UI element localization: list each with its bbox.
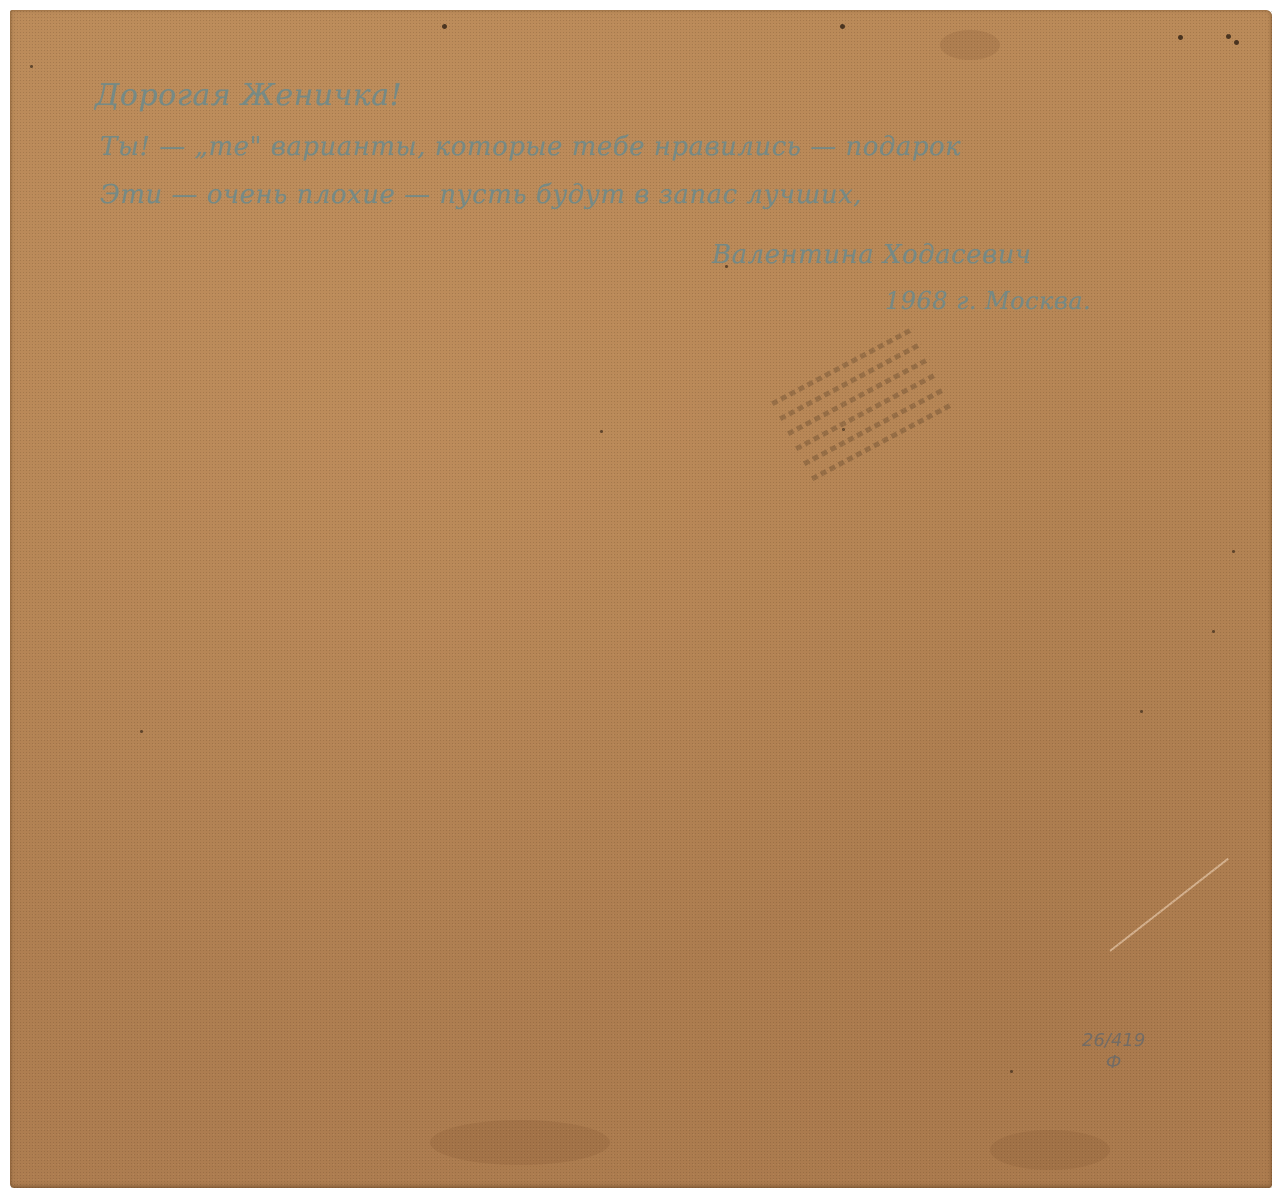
crease-mark — [1109, 858, 1228, 952]
inscription-line-2: Ты! — „те" варианты, которые тебе нравил… — [100, 132, 961, 162]
inventory-letter: Ф — [1082, 1052, 1145, 1074]
speck — [30, 65, 33, 68]
speck — [600, 430, 603, 433]
inventory-mark: 26/419 Ф — [1082, 1030, 1145, 1074]
faint-stamp — [765, 316, 1014, 594]
photograph: Дорогая Женичка! Ты! — „те" варианты, ко… — [0, 0, 1283, 1200]
nail-hole — [840, 24, 845, 29]
stain — [430, 1120, 610, 1165]
nail-hole — [442, 24, 447, 29]
inscription-greeting: Дорогая Женичка! — [95, 78, 402, 113]
inscription-signature: Валентина Ходасевич — [712, 240, 1032, 270]
speck — [140, 730, 143, 733]
stain — [940, 30, 1000, 60]
inscription-line-3: Эти — очень плохие — пусть будут в запас… — [100, 180, 862, 210]
nail-hole — [1178, 35, 1183, 40]
speck — [1212, 630, 1215, 633]
speck — [1140, 710, 1143, 713]
speck — [1010, 1070, 1013, 1073]
nail-hole — [1226, 34, 1231, 39]
inscription-date-place: 1968 г. Москва. — [885, 287, 1091, 315]
nail-hole — [1234, 40, 1239, 45]
inventory-number: 26/419 — [1082, 1030, 1145, 1052]
stain — [990, 1130, 1110, 1170]
speck — [1232, 550, 1235, 553]
